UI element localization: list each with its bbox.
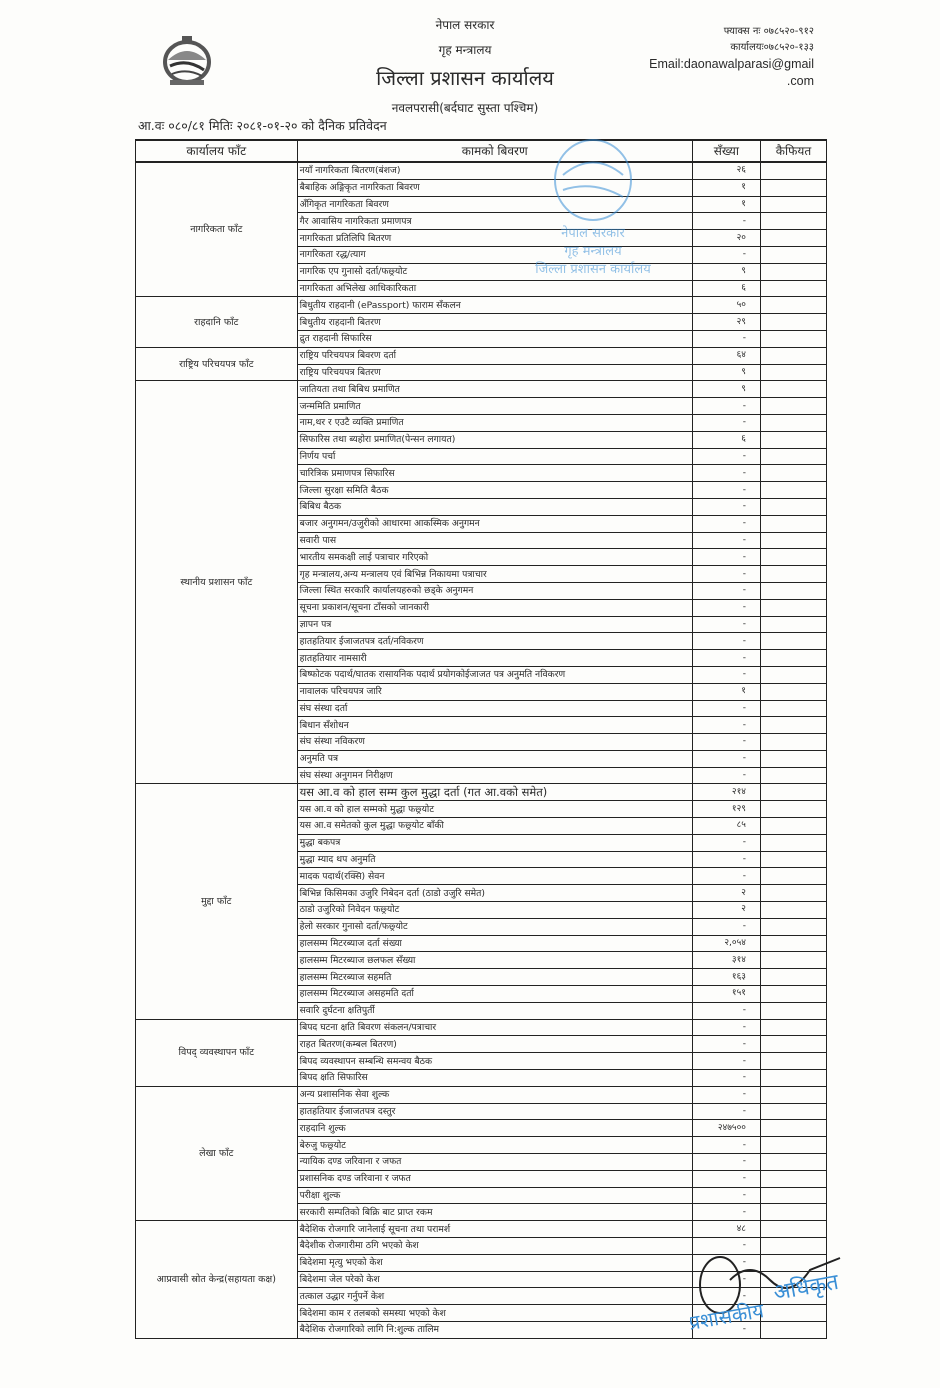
count-value: २४७५०० (692, 1120, 760, 1137)
remark-cell (760, 1070, 826, 1087)
count-value: - (692, 1238, 760, 1255)
section-name: आप्रवासी स्रोत केन्द्र(सहायता कक्ष) (136, 1221, 298, 1339)
count-value: १ (692, 179, 760, 196)
work-description: नावालक परिचयपत्र जारि (297, 683, 692, 700)
remark-cell (760, 498, 826, 515)
count-value: - (692, 465, 760, 482)
remark-cell (760, 1154, 826, 1171)
fax-number: फ्याक्स नः ०७८५२०-९१२ (649, 24, 814, 40)
work-description: बैबाहिक अङ्गिकृत नागरिकता बिवरण (297, 179, 692, 196)
work-description: हेलो सरकार गुनासो दर्ता/फछ्र्योट (297, 918, 692, 935)
work-description: नागरिकता अभिलेख आधिकारिकता (297, 280, 692, 297)
work-description: नयाँ नागरिकता बितरण(बंशज) (297, 162, 692, 179)
work-description: राहदानि शुल्क (297, 1120, 692, 1137)
count-value: २१४ (692, 784, 760, 801)
count-value: - (692, 1254, 760, 1271)
work-description: राष्ट्रिय परिचयपत्र बिवरण दर्ता (297, 347, 692, 364)
count-value: १२९ (692, 801, 760, 818)
remark-cell (760, 532, 826, 549)
count-value: - (692, 566, 760, 583)
work-description: गृह मन्त्रालय,अन्य मन्त्रालय एवं बिभिन्न… (297, 566, 692, 583)
count-value: ९ (692, 381, 760, 398)
count-value: - (692, 616, 760, 633)
work-description: नागरिक एप गुनासो दर्ता/फछ्र्योट (297, 263, 692, 280)
work-description: अन्य प्रशासनिक सेवा शुल्क (297, 1086, 692, 1103)
remark-cell (760, 566, 826, 583)
work-description: सरकारी सम्पतिको बिक्रि बाट प्राप्त रकम (297, 1204, 692, 1221)
remark-cell (760, 246, 826, 263)
work-description: बिधुतीय राहदानी (ePassport) फाराम सँकलन (297, 297, 692, 314)
count-value: - (692, 1002, 760, 1019)
remark-cell (760, 986, 826, 1003)
daily-report-table: कार्यालय फाँट कामको बिवरण सँख्या कैफियत … (135, 139, 827, 1339)
count-value: १ (692, 196, 760, 213)
remark-cell (760, 1187, 826, 1204)
remark-cell (760, 482, 826, 499)
count-value: - (692, 1036, 760, 1053)
count-value: - (692, 1305, 760, 1322)
report-title: आ.वः ०८०/८१ मितिः २०८१-०१-२० को दैनिक प्… (138, 117, 387, 134)
remark-cell (760, 179, 826, 196)
count-value: - (692, 734, 760, 751)
work-description: हालसम्म मिटरब्याज असहमति दर्ता (297, 986, 692, 1003)
count-value: - (692, 498, 760, 515)
work-description: प्रशासनिक दण्ड जरिवाना र जफत (297, 1170, 692, 1187)
section-name: मुद्दा फाँट (136, 784, 298, 1019)
remark-cell (760, 918, 826, 935)
work-description: हालसम्म मिटरब्याज छलफल सँख्या (297, 952, 692, 969)
table-row: आप्रवासी स्रोत केन्द्र(सहायता कक्ष)बैदेश… (136, 1221, 827, 1238)
section-name: स्थानीय प्रशासन फाँट (136, 381, 298, 784)
count-value: - (692, 1204, 760, 1221)
remark-cell (760, 801, 826, 818)
remark-cell (760, 448, 826, 465)
count-value: - (692, 834, 760, 851)
count-value: - (692, 918, 760, 935)
section-name: विपद् व्यवस्थापन फाँट (136, 1019, 298, 1086)
remark-cell (760, 330, 826, 347)
section-name: लेखा फाँट (136, 1086, 298, 1220)
work-description: बिधुतीय राहदानी बितरण (297, 314, 692, 331)
count-value: १६३ (692, 969, 760, 986)
work-description: बिपद घटना क्षति बिवरण संकलन/पत्राचार (297, 1019, 692, 1036)
work-description: राष्ट्रिय परिचयपत्र बितरण (297, 364, 692, 381)
count-value: ५० (692, 297, 760, 314)
count-value: - (692, 700, 760, 717)
remark-cell (760, 834, 826, 851)
count-value: - (692, 599, 760, 616)
remark-cell (760, 398, 826, 415)
count-value: - (692, 213, 760, 230)
header-section: कार्यालय फाँट (136, 140, 298, 162)
remark-cell (760, 1137, 826, 1154)
work-description: सिफारिस तथा ब्यहोरा प्रमाणित(पेन्सन लगाय… (297, 431, 692, 448)
count-value: - (692, 717, 760, 734)
office-letterhead: नेपाल सरकार गृह मन्त्रालय जिल्ला प्रशासन… (300, 16, 630, 116)
header-description: कामको बिवरण (297, 140, 692, 162)
count-value: ६ (692, 431, 760, 448)
remark-cell (760, 1238, 826, 1255)
count-value: - (692, 515, 760, 532)
work-description: भारतीय समकक्षी लाई पत्राचार गरिएको (297, 549, 692, 566)
work-description: परीक्षा शुल्क (297, 1187, 692, 1204)
remark-cell (760, 818, 826, 835)
work-description: बिपद क्षति सिफारिस (297, 1070, 692, 1087)
work-description: बैदेशिक रोजगारिको लागि नि:शुल्क तालिम (297, 1321, 692, 1338)
work-description: जन्ममिति प्रमाणित (297, 398, 692, 415)
remark-cell (760, 599, 826, 616)
remark-cell (760, 263, 826, 280)
work-description: हालसम्म मिटरब्याज सहमति (297, 969, 692, 986)
section-name: राष्ट्रिय परिचयपत्र फाँट (136, 347, 298, 381)
work-description: हातहतियार ईजाजतपत्र दर्ता/नविकरण (297, 633, 692, 650)
remark-cell (760, 1254, 826, 1271)
count-value: - (692, 1271, 760, 1288)
remark-cell (760, 767, 826, 784)
count-value: - (692, 549, 760, 566)
work-description: अनुमति पत्र (297, 750, 692, 767)
work-description: अँगिकृत नागरिकता बिवरण (297, 196, 692, 213)
work-description: बिधान सँशोधन (297, 717, 692, 734)
remark-cell (760, 1288, 826, 1305)
work-description: सवारि दुर्घटना क्षतिपुर्ती (297, 1002, 692, 1019)
table-row: मुद्दा फाँटयस आ.व को हाल सम्म कुल मुद्धा… (136, 784, 827, 801)
count-value: - (692, 1070, 760, 1087)
remark-cell (760, 1103, 826, 1120)
count-value: - (692, 750, 760, 767)
work-description: सूचना प्रकाशन/सूचना टाँसको जानकारी (297, 599, 692, 616)
count-value: - (692, 330, 760, 347)
count-value: ९ (692, 364, 760, 381)
count-value: - (692, 414, 760, 431)
count-value: - (692, 1137, 760, 1154)
remark-cell (760, 582, 826, 599)
remark-cell (760, 1305, 826, 1322)
remark-cell (760, 1321, 826, 1338)
work-description: यस आ.व को हाल सम्म कुल मुद्धा दर्ता (गत … (297, 784, 692, 801)
count-value: - (692, 1019, 760, 1036)
count-value: - (692, 448, 760, 465)
remark-cell (760, 549, 826, 566)
table-header-row: कार्यालय फाँट कामको बिवरण सँख्या कैफियत (136, 140, 827, 162)
count-value: २९ (692, 314, 760, 331)
work-description: बिष्फोटक पदार्थ/घातक रासायनिक पदार्थ प्र… (297, 666, 692, 683)
table-row: नागरिकता फाँटनयाँ नागरिकता बितरण(बंशज)२६ (136, 162, 827, 179)
remark-cell (760, 885, 826, 902)
office-phone: कार्यालयः०७८५२०-१३३ (649, 40, 814, 56)
office-location: नवलपरासी(बर्दघाट सुस्ता पश्चिम) (300, 99, 630, 116)
count-value: ३१४ (692, 952, 760, 969)
remark-cell (760, 633, 826, 650)
work-description: मुद्धा म्याद थप अनुमति (297, 851, 692, 868)
office-name: जिल्ला प्रशासन कार्यालय (300, 64, 630, 91)
remark-cell (760, 1002, 826, 1019)
remark-cell (760, 347, 826, 364)
remark-cell (760, 1053, 826, 1070)
work-description: मादक पदार्थ(रक्सि) सेवन (297, 868, 692, 885)
count-value: - (692, 633, 760, 650)
header-remarks: कैफियत (760, 140, 826, 162)
ministry-name: गृह मन्त्रालय (300, 41, 630, 58)
section-name: राहदानि फाँट (136, 297, 298, 347)
work-description: नागरिकता प्रतिलिपि बितरण (297, 230, 692, 247)
work-description: यस आ.व को हाल सम्मको मुद्धा फछ्र्योट (297, 801, 692, 818)
work-description: बेरुजु फछ्र्योट (297, 1137, 692, 1154)
remark-cell (760, 1204, 826, 1221)
work-description: न्यायिक दण्ड जरिवाना र जफत (297, 1154, 692, 1171)
count-value: २० (692, 230, 760, 247)
remark-cell (760, 734, 826, 751)
work-description: संघ संस्था नविकरण (297, 734, 692, 751)
work-description: मुद्धा बकपत्र (297, 834, 692, 851)
count-value: - (692, 666, 760, 683)
remark-cell (760, 1086, 826, 1103)
remark-cell (760, 280, 826, 297)
remark-cell (760, 851, 826, 868)
remark-cell (760, 314, 826, 331)
section-name: नागरिकता फाँट (136, 162, 298, 297)
remark-cell (760, 414, 826, 431)
remark-cell (760, 230, 826, 247)
count-value: - (692, 1053, 760, 1070)
count-value: २ (692, 902, 760, 919)
remark-cell (760, 650, 826, 667)
count-value: - (692, 482, 760, 499)
remark-cell (760, 750, 826, 767)
table-row: स्थानीय प्रशासन फाँटजातियता तथा बिबिध प्… (136, 381, 827, 398)
count-value: - (692, 1154, 760, 1171)
work-description: हातहतियार नामसारी (297, 650, 692, 667)
count-value: - (692, 246, 760, 263)
count-value: - (692, 1187, 760, 1204)
remark-cell (760, 465, 826, 482)
email-line-1: Email:daonawalparasi@gmail (649, 56, 814, 73)
remark-cell (760, 515, 826, 532)
remark-cell (760, 868, 826, 885)
work-description: जिल्ला सुरक्षा समिति बैठक (297, 482, 692, 499)
remark-cell (760, 784, 826, 801)
work-description: बिभिन्न किसिमका उजुरि निबेदन दर्ता (ठाडो… (297, 885, 692, 902)
count-value: १ (692, 683, 760, 700)
count-value: १५१ (692, 986, 760, 1003)
work-description: हातहतियार ईजाजतपत्र दस्तुर (297, 1103, 692, 1120)
remark-cell (760, 1271, 826, 1288)
remark-cell (760, 717, 826, 734)
count-value: - (692, 868, 760, 885)
remark-cell (760, 297, 826, 314)
remark-cell (760, 364, 826, 381)
remark-cell (760, 616, 826, 633)
work-description: ज्ञापन पत्र (297, 616, 692, 633)
count-value: - (692, 650, 760, 667)
remark-cell (760, 1036, 826, 1053)
count-value: - (692, 398, 760, 415)
work-description: चारित्रिक प्रमाणपत्र सिफारिस (297, 465, 692, 482)
work-description: संघ संस्था अनुगमन निरीक्षण (297, 767, 692, 784)
table-row: लेखा फाँटअन्य प्रशासनिक सेवा शुल्क- (136, 1086, 827, 1103)
work-description: बैदेशीक रोजगारीमा ठगि भएको केश (297, 1238, 692, 1255)
count-value: ६ (692, 280, 760, 297)
count-value: - (692, 851, 760, 868)
work-description: जिल्ला स्थित सरकारि कार्यालयहरुको छड्के … (297, 582, 692, 599)
work-description: बिदेशमा जेल परेको केश (297, 1271, 692, 1288)
work-description: यस आ.व समेतको कुल मुद्धा फछ्र्योट बाँकी (297, 818, 692, 835)
header-count: सँख्या (692, 140, 760, 162)
work-description: गैर आवासिय नागरिकता प्रमाणपत्र (297, 213, 692, 230)
remark-cell (760, 1170, 826, 1187)
work-description: बजार अनुगमन/उजुरीको आधारमा आकस्मिक अनुगम… (297, 515, 692, 532)
work-description: संघ संस्था दर्ता (297, 700, 692, 717)
count-value: ४८ (692, 1221, 760, 1238)
remark-cell (760, 902, 826, 919)
count-value: ९ (692, 263, 760, 280)
count-value: - (692, 1321, 760, 1338)
table-row: राहदानि फाँटबिधुतीय राहदानी (ePassport) … (136, 297, 827, 314)
work-description: हालसम्म मिटरब्याज दर्ता संख्या (297, 935, 692, 952)
count-value: - (692, 1170, 760, 1187)
count-value: - (692, 1288, 760, 1305)
work-description: बैदेशिक रोजगारि जानेलाई सूचना तथा परामर्… (297, 1221, 692, 1238)
remark-cell (760, 935, 826, 952)
government-name: नेपाल सरकार (300, 16, 630, 33)
remark-cell (760, 162, 826, 179)
work-description: नागरिकता रद्ध/त्याग (297, 246, 692, 263)
count-value: २ (692, 885, 760, 902)
count-value: २,०५४ (692, 935, 760, 952)
remark-cell (760, 1120, 826, 1137)
table-row: विपद् व्यवस्थापन फाँटबिपद घटना क्षति बिव… (136, 1019, 827, 1036)
remark-cell (760, 381, 826, 398)
work-description: ठाडो उजुरिको निवेदन फछ्र्योट (297, 902, 692, 919)
email-line-2: .com (649, 73, 814, 90)
count-value: - (692, 582, 760, 599)
table-row: राष्ट्रिय परिचयपत्र फाँटराष्ट्रिय परिचयप… (136, 347, 827, 364)
contact-info: फ्याक्स नः ०७८५२०-९१२ कार्यालयः०७८५२०-१३… (649, 24, 814, 90)
work-description: जातियता तथा बिबिध प्रमाणित (297, 381, 692, 398)
work-description: बिबिध बैठक (297, 498, 692, 515)
work-description: सवारी पास (297, 532, 692, 549)
remark-cell (760, 196, 826, 213)
remark-cell (760, 952, 826, 969)
count-value: - (692, 532, 760, 549)
work-description: तत्काल उद्धार गर्नुपर्ने केश (297, 1288, 692, 1305)
remark-cell (760, 1019, 826, 1036)
work-description: बिदेशमा काम र तलबको समस्या भएको केश (297, 1305, 692, 1322)
work-description: द्रुत राहदानी सिफारिस (297, 330, 692, 347)
remark-cell (760, 666, 826, 683)
work-description: नाम,थर र एउटै व्यक्ति प्रमाणित (297, 414, 692, 431)
work-description: राहत बितरण(कम्बल बितरण) (297, 1036, 692, 1053)
work-description: बिपद व्यवस्थापन सम्बन्धि समन्वय बैठक (297, 1053, 692, 1070)
count-value: - (692, 1086, 760, 1103)
remark-cell (760, 700, 826, 717)
work-description: निर्णय पर्चा (297, 448, 692, 465)
count-value: - (692, 1103, 760, 1120)
count-value: - (692, 767, 760, 784)
remark-cell (760, 969, 826, 986)
count-value: ६४ (692, 347, 760, 364)
count-value: ८५ (692, 818, 760, 835)
work-description: बिदेशमा मृत्यु भएको केश (297, 1254, 692, 1271)
remark-cell (760, 1221, 826, 1238)
remark-cell (760, 431, 826, 448)
nepal-emblem-logo (152, 30, 222, 90)
remark-cell (760, 213, 826, 230)
remark-cell (760, 683, 826, 700)
count-value: २६ (692, 162, 760, 179)
